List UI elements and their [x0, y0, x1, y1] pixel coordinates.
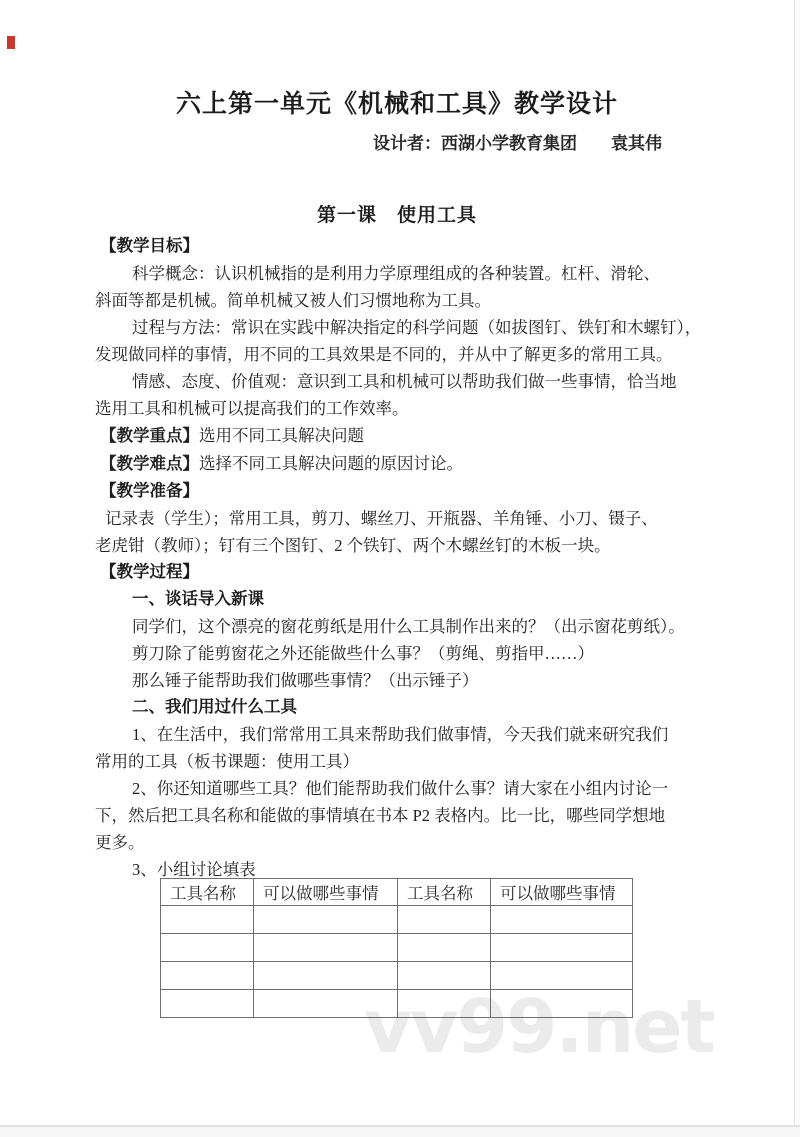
step2-paragraph-1: 1、在生活中，我们常常用工具来帮助我们做事情，今天我们就来研究我们 常用的工具（… [95, 721, 709, 775]
teaching-key-point: 【教学重点】选用不同工具解决问题 [95, 422, 709, 450]
table-cell [398, 906, 491, 934]
step2-paragraph-2: 2、你还知道哪些工具？他们能帮助我们做什么事？请大家在小组内讨论一 下，然后把工… [95, 775, 709, 856]
page-edge-bottom-strip [0, 1127, 800, 1137]
table-header-tool-uses-1: 可以做哪些事情 [254, 879, 398, 906]
step2-heading: 二、我们用过什么工具 [95, 694, 709, 721]
table-header-tool-uses-2: 可以做哪些事情 [491, 879, 633, 906]
step1-heading: 一、谈话导入新课 [95, 586, 709, 613]
table-cell [161, 962, 254, 990]
table-header-row: 工具名称 可以做哪些事情 工具名称 可以做哪些事情 [161, 879, 633, 906]
table-row [161, 906, 633, 934]
document-page: { "doc": { "title": "六上第一单元《机械和工具》教学设计",… [0, 0, 800, 1137]
table-cell [161, 990, 254, 1018]
table-row [161, 962, 633, 990]
goals-affect-values: 情感、态度、价值观：意识到工具和机械可以帮助我们做一些事情，恰当地 选用工具和机… [95, 368, 709, 422]
red-pen-mark [7, 36, 15, 49]
table-cell [491, 962, 633, 990]
table-row [161, 934, 633, 962]
page-edge-right-strip [795, 0, 800, 1126]
preparation-text: 记录表（学生）；常用工具，剪刀、螺丝刀、开瓶器、羊角锤、小刀、镊子、 老虎钳（教… [95, 505, 709, 559]
goals-science-concept: 科学概念：认识机械指的是利用力学原理组成的各种装置。杠杆、滑轮、 斜面等都是机械… [95, 260, 709, 314]
lesson-title: 第一课 使用工具 [0, 200, 794, 227]
difficulty-label: 【教学难点】 [100, 455, 199, 473]
table-cell [398, 934, 491, 962]
table-cell [254, 990, 398, 1018]
teaching-preparation-heading: 【教学准备】 [95, 478, 709, 505]
table-cell [254, 934, 398, 962]
page-title: 六上第一单元《机械和工具》教学设计 [0, 84, 794, 120]
discussion-table: 工具名称 可以做哪些事情 工具名称 可以做哪些事情 [160, 878, 633, 1018]
goals-process-method: 过程与方法：常识在实践中解决指定的科学问题（如拔图钉、铁钉和木螺钉）， 发现做同… [95, 314, 709, 368]
table-cell [161, 934, 254, 962]
table-cell [491, 990, 633, 1018]
step1-question-3: 那么锤子能帮助我们做哪些事情？（出示锤子） [95, 667, 709, 694]
table-cell [398, 990, 491, 1018]
difficulty-text: 选择不同工具解决问题的原因讨论。 [199, 454, 463, 473]
table-cell [398, 962, 491, 990]
document-body: 【教学目标】 科学概念：认识机械指的是利用力学原理组成的各种装置。杠杆、滑轮、 … [95, 233, 709, 883]
table-header-tool-name-1: 工具名称 [161, 879, 254, 906]
teaching-goals-heading: 【教学目标】 [95, 233, 709, 260]
key-point-text: 选用不同工具解决问题 [199, 426, 364, 445]
step1-question-2: 剪刀除了能剪窗花之外还能做些什么事？（剪绳、剪指甲……） [95, 640, 709, 667]
step1-question-1: 同学们，这个漂亮的窗花剪纸是用什么工具制作出来的？（出示窗花剪纸）。 [95, 613, 709, 640]
teaching-difficulty: 【教学难点】选择不同工具解决问题的原因讨论。 [95, 450, 709, 478]
author-byline: 设计者：西湖小学教育集团 袁其伟 [0, 129, 662, 154]
key-point-label: 【教学重点】 [100, 427, 199, 445]
table-cell [491, 906, 633, 934]
table-row [161, 990, 633, 1018]
table-cell [254, 962, 398, 990]
page-edge-right-line [794, 0, 795, 1126]
table-header-tool-name-2: 工具名称 [398, 879, 491, 906]
table-cell [491, 934, 633, 962]
table-cell [254, 906, 398, 934]
table-cell [161, 906, 254, 934]
teaching-process-heading: 【教学过程】 [95, 559, 709, 586]
